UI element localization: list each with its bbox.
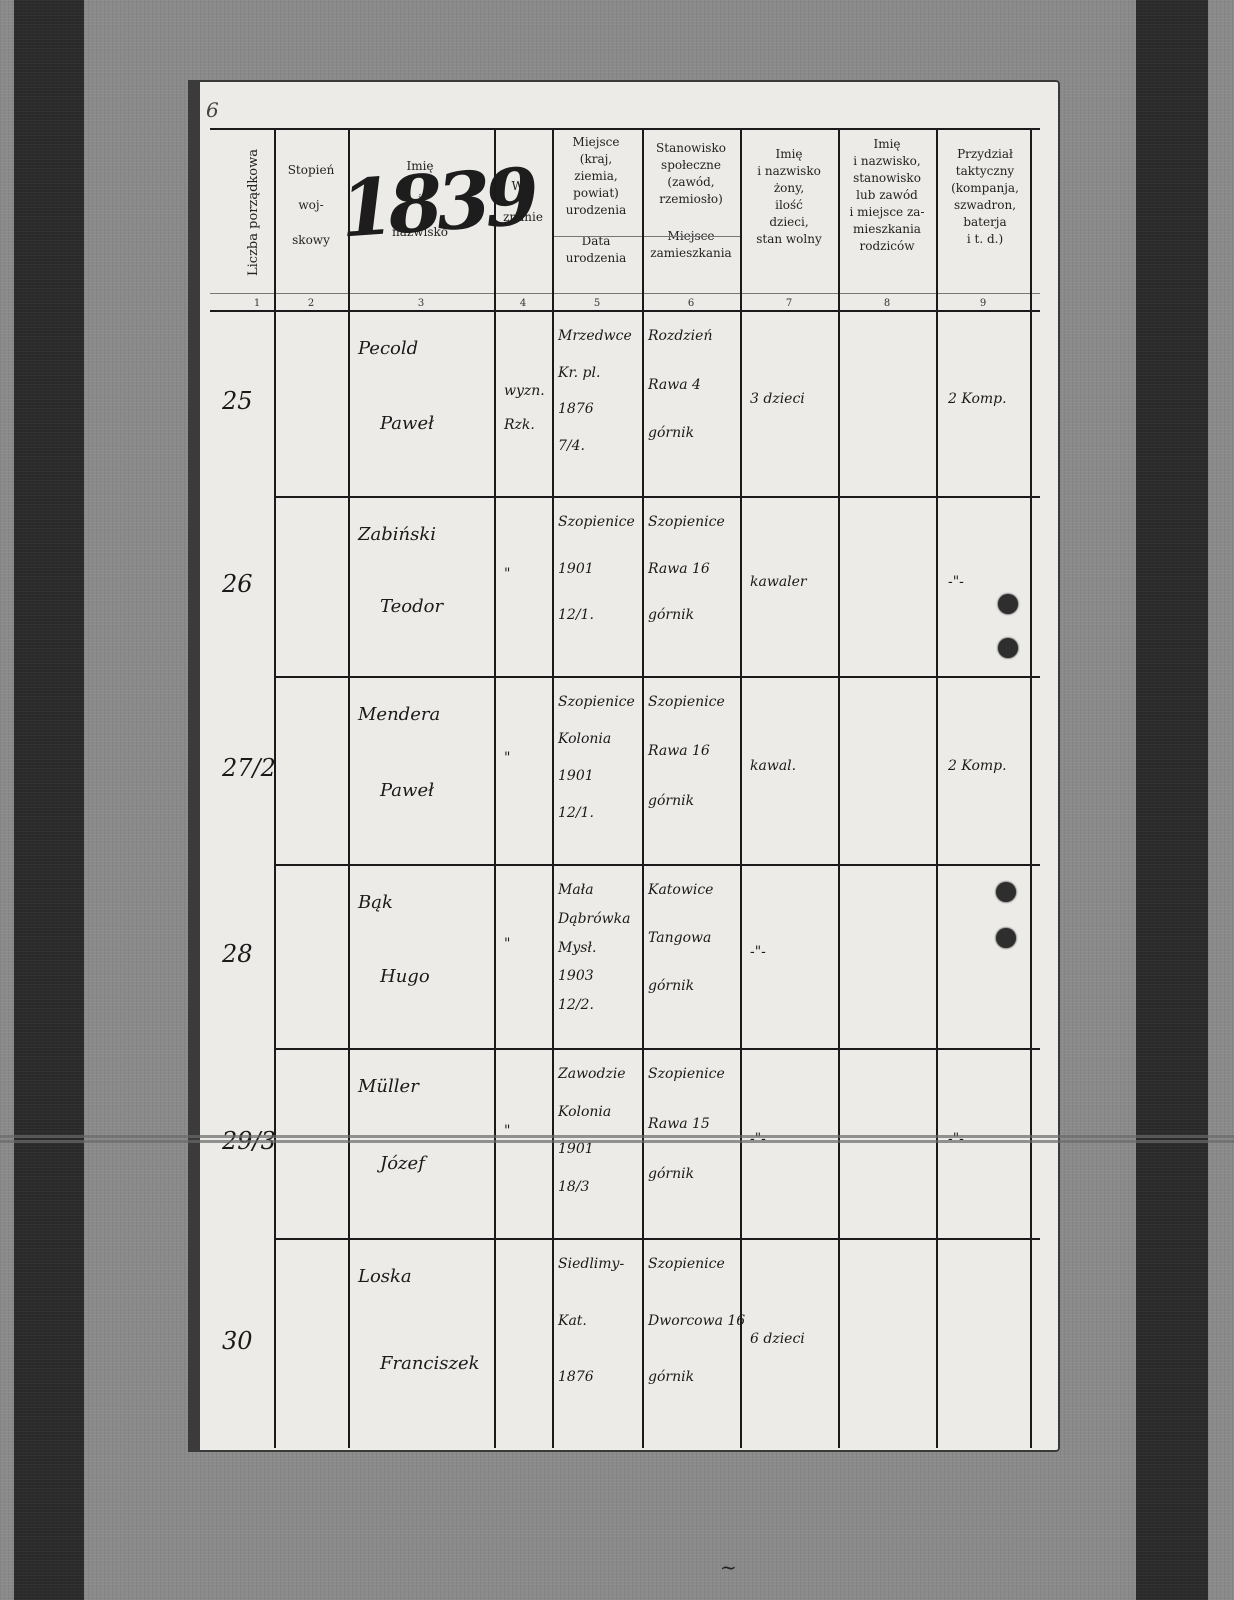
occupation-residence: Katowice — [648, 882, 713, 898]
occupation-residence: Szopienice — [648, 694, 725, 710]
header-col2: Stopień woj- skowy — [276, 162, 346, 249]
occupation-residence: górnik — [648, 425, 694, 441]
grid-rule — [274, 1048, 1040, 1050]
stamp-number: 1839 — [337, 151, 536, 255]
grid-rule — [552, 128, 554, 1448]
first-name: Hugo — [380, 966, 430, 987]
occupation-residence: Rawa 16 — [648, 743, 710, 759]
grid-rule — [552, 236, 740, 237]
grid-rule — [274, 496, 1040, 498]
occupation-residence: Rawa 16 — [648, 561, 710, 577]
punch-hole — [998, 594, 1018, 614]
column-number: 1 — [247, 298, 267, 309]
grid-rule — [274, 1238, 1040, 1240]
column-number: 4 — [513, 298, 533, 309]
column-number: 3 — [411, 298, 431, 309]
first-name: Paweł — [380, 780, 434, 801]
birth-info: Kolonia — [558, 731, 611, 747]
birth-info: 1901 — [558, 561, 594, 577]
header-col8: Imię i nazwisko, stanowisko lub zawód i … — [840, 136, 934, 255]
birth-info: 12/1. — [558, 607, 594, 623]
grid-rule — [936, 128, 938, 1448]
surname: Pecold — [358, 338, 418, 359]
occupation-residence: Szopienice — [648, 514, 725, 530]
grid-rule — [274, 864, 1040, 866]
birth-info: Zawodzie — [558, 1066, 626, 1082]
birth-info: Dąbrówka — [558, 911, 630, 927]
margin-scribble: ~ — [720, 1555, 737, 1579]
punch-hole — [996, 882, 1016, 902]
register-table: Liczba porządkowa Stopień woj- skowy Imi… — [240, 128, 1048, 1448]
grid-rule — [274, 128, 276, 1448]
header-col1: Liczba porządkowa — [246, 149, 261, 276]
religion: " — [504, 750, 510, 766]
tactical-assignment: -"- — [948, 1131, 964, 1147]
religion: " — [504, 936, 510, 952]
birth-info: Szopienice — [558, 694, 635, 710]
birth-info: 1901 — [558, 768, 594, 784]
row-number: 28 — [222, 940, 253, 968]
surname: Zabiński — [358, 524, 436, 545]
grid-rule — [348, 128, 350, 1448]
column-number: 9 — [973, 298, 993, 309]
birth-info: 1901 — [558, 1141, 594, 1157]
birth-info: Mrzedwce — [558, 328, 632, 344]
occupation-residence: Rawa 15 — [648, 1116, 710, 1132]
occupation-residence: górnik — [648, 1166, 694, 1182]
header-col9: Przydział taktyczny (kompanja, szwadron,… — [938, 146, 1032, 248]
grid-rule — [1030, 128, 1032, 1448]
row-number: 30 — [222, 1327, 253, 1355]
family-status: 6 dzieci — [750, 1331, 805, 1347]
birth-info: 12/2. — [558, 997, 594, 1013]
first-name: Paweł — [380, 413, 434, 434]
family-status: 3 dzieci — [750, 391, 805, 407]
family-status: -"- — [750, 944, 766, 960]
tactical-assignment: 2 Komp. — [948, 758, 1007, 774]
column-number: 6 — [681, 298, 701, 309]
occupation-residence: Tangowa — [648, 930, 711, 946]
birth-info: 12/1. — [558, 805, 594, 821]
film-scratch — [0, 1140, 1234, 1143]
page-binding-edge — [188, 80, 200, 1452]
birth-info: Siedlimy- — [558, 1256, 624, 1272]
religion: Rzk. — [504, 417, 535, 433]
birth-info: Mysł. — [558, 940, 596, 956]
surname: Bąk — [358, 892, 393, 913]
occupation-residence: górnik — [648, 793, 694, 809]
punch-hole — [998, 638, 1018, 658]
family-status: -"- — [750, 1131, 766, 1147]
column-number: 7 — [779, 298, 799, 309]
birth-info: Kat. — [558, 1313, 587, 1329]
birth-info: 18/3 — [558, 1179, 589, 1195]
birth-info: 1876 — [558, 401, 594, 417]
header-col6: Stanowisko społeczne (zawód, rzemiosło) … — [644, 140, 738, 262]
grid-rule — [274, 676, 1040, 678]
birth-info: 1876 — [558, 1369, 594, 1385]
grid-rule — [210, 293, 1040, 294]
birth-info: Kr. pl. — [558, 365, 600, 381]
header-col7: Imię i nazwisko żony, ilość dzieci, stan… — [742, 146, 836, 248]
surname: Mendera — [358, 704, 440, 725]
grid-rule — [210, 128, 1040, 130]
first-name: Teodor — [380, 596, 443, 617]
surname: Loska — [358, 1266, 412, 1287]
column-number: 2 — [301, 298, 321, 309]
family-status: kawal. — [750, 758, 796, 774]
grid-rule — [838, 128, 840, 1448]
birth-info: 7/4. — [558, 438, 585, 454]
occupation-residence: górnik — [648, 1369, 694, 1385]
religion: " — [504, 566, 510, 582]
grid-rule — [494, 128, 496, 1448]
row-number: 27/2 — [222, 754, 276, 782]
corner-mark: 6 — [206, 98, 219, 122]
occupation-residence: Szopienice — [648, 1256, 725, 1272]
tactical-assignment: -"- — [948, 574, 964, 590]
tactical-assignment: 2 Komp. — [948, 391, 1007, 407]
column-number: 8 — [877, 298, 897, 309]
grid-rule — [642, 128, 644, 1448]
grid-rule — [210, 310, 1040, 312]
first-name: Franciszek — [380, 1353, 480, 1374]
grid-rule — [740, 128, 742, 1448]
family-status: kawaler — [750, 574, 807, 590]
birth-info: Mała — [558, 882, 594, 898]
birth-info: Kolonia — [558, 1104, 611, 1120]
religion: wyzn. — [504, 383, 545, 399]
occupation-residence: górnik — [648, 978, 694, 994]
header-col5: Miejsce (kraj, ziemia, powiat) urodzenia… — [552, 134, 640, 267]
occupation-residence: Rawa 4 — [648, 377, 701, 393]
birth-info: 1903 — [558, 968, 594, 984]
first-name: Józef — [380, 1153, 425, 1174]
row-number: 26 — [222, 570, 253, 598]
row-number: 25 — [222, 387, 253, 415]
film-scratch — [0, 1135, 1234, 1138]
punch-hole — [996, 928, 1016, 948]
column-number: 5 — [587, 298, 607, 309]
occupation-residence: Dworcowa 16 — [648, 1313, 745, 1329]
birth-info: Szopienice — [558, 514, 635, 530]
occupation-residence: Szopienice — [648, 1066, 725, 1082]
occupation-residence: górnik — [648, 607, 694, 623]
occupation-residence: Rozdzień — [648, 328, 712, 344]
surname: Müller — [358, 1076, 419, 1097]
